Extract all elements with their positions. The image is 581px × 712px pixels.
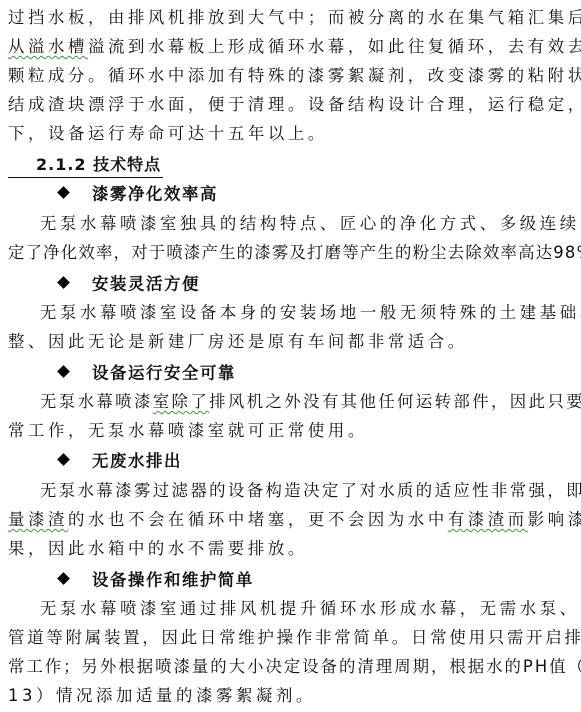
feature-2-line-2: 整、因此无论是新建厂房还是原有车间都非常适合。 bbox=[8, 327, 468, 356]
feature-5-line-4: 13）情况添加适量的漆雾絮凝剂。 bbox=[8, 681, 316, 710]
feature-heading-5: 设备操作和维护简单 bbox=[58, 566, 254, 594]
feature-4-line-1: 无泵水幕漆雾过滤器的设备构造决定了对水质的适应性非常强，即使含有大 bbox=[40, 476, 581, 505]
spellcheck-flag[interactable]: 从溢水槽 bbox=[8, 37, 88, 56]
feature-title: 设备运行安全可靠 bbox=[92, 364, 236, 383]
feature-3-line-2: 常工作，无泵水幕喷漆室就可正常使用。 bbox=[8, 416, 368, 445]
feature-heading-1: 漆雾净化效率高 bbox=[58, 180, 218, 208]
feature-heading-2: 安装灵活方便 bbox=[58, 270, 200, 298]
black-diamond-icon bbox=[57, 572, 70, 585]
intro-line-2: 从溢水槽溢流到水幕板上形成循环水幕，如此往复循环，去有效去除气流中的所 bbox=[8, 32, 581, 61]
feature-title: 漆雾净化效率高 bbox=[92, 185, 218, 204]
feature-heading-4: 无废水排出 bbox=[58, 447, 182, 475]
feature-4-line-3: 果，因此水箱中的水不需要排放。 bbox=[8, 534, 308, 563]
intro-line-5: 下，设备运行寿命可达十五年以上。 bbox=[8, 119, 328, 148]
feature-title: 安装灵活方便 bbox=[92, 275, 200, 294]
feature-2-line-1: 无泵水幕喷漆室设备本身的安装场地一般无须特殊的土建基础、只需场地平 bbox=[40, 298, 581, 327]
feature-3-line-1: 无泵水幕喷漆室除了排风机之外没有其他任何运转部件，因此只要排风机正 bbox=[40, 387, 581, 416]
intro-line-3: 颗粒成分。循环水中添加有特殊的漆雾絮凝剂，改变漆雾的粘附状况，使漆雾凝 bbox=[8, 61, 581, 90]
feature-4-line-2: 量漆渣的水也不会在循环中堵塞，更不会因为水中有漆渣而影响漆雾的净化效 bbox=[8, 505, 581, 534]
section-heading: 2.1.2 技术特点 bbox=[8, 153, 163, 178]
spellcheck-flag[interactable]: 有漆渣而 bbox=[448, 510, 528, 529]
feature-heading-3: 设备运行安全可靠 bbox=[58, 359, 236, 387]
feature-1-line-1: 无泵水幕喷漆室独具的结构特点、匠心的净化方式、多级连续的净化过程决 bbox=[40, 209, 581, 238]
black-diamond-icon bbox=[57, 276, 70, 289]
feature-title: 无废水排出 bbox=[92, 452, 182, 471]
feature-1-line-2: 定了净化效率，对于喷漆产生的漆雾及打磨等产生的粉尘去除效率高达98%以上。 bbox=[8, 238, 581, 267]
intro-line-1: 过挡水板，由排风机排放到大气中；而被分离的水在集气箱汇集后流入溢水槽， bbox=[8, 3, 581, 32]
feature-5-line-1: 无泵水幕喷漆室通过排风机提升循环水形成水幕，无需水泵、阀门过滤器、 bbox=[40, 594, 581, 623]
intro-line-4: 结成渣块漂浮于水面，便于清理。设备结构设计合理，运行稳定，正常使用情况 bbox=[8, 90, 581, 119]
black-diamond-icon bbox=[57, 186, 70, 199]
feature-title: 设备操作和维护简单 bbox=[92, 571, 254, 590]
spellcheck-flag[interactable]: 室除了 bbox=[153, 392, 209, 411]
black-diamond-icon bbox=[57, 453, 70, 466]
feature-5-line-3: 常工作；另外根据喷漆量的大小决定设备的清理周期，根据水的PH值（PH=11～ bbox=[8, 652, 581, 681]
feature-5-line-2: 管道等附属装置，因此日常维护操作非常简单。日常使用只需开启排风机即可正 bbox=[8, 623, 581, 652]
spellcheck-flag[interactable]: 量漆渣 bbox=[8, 510, 68, 529]
black-diamond-icon bbox=[57, 365, 70, 378]
